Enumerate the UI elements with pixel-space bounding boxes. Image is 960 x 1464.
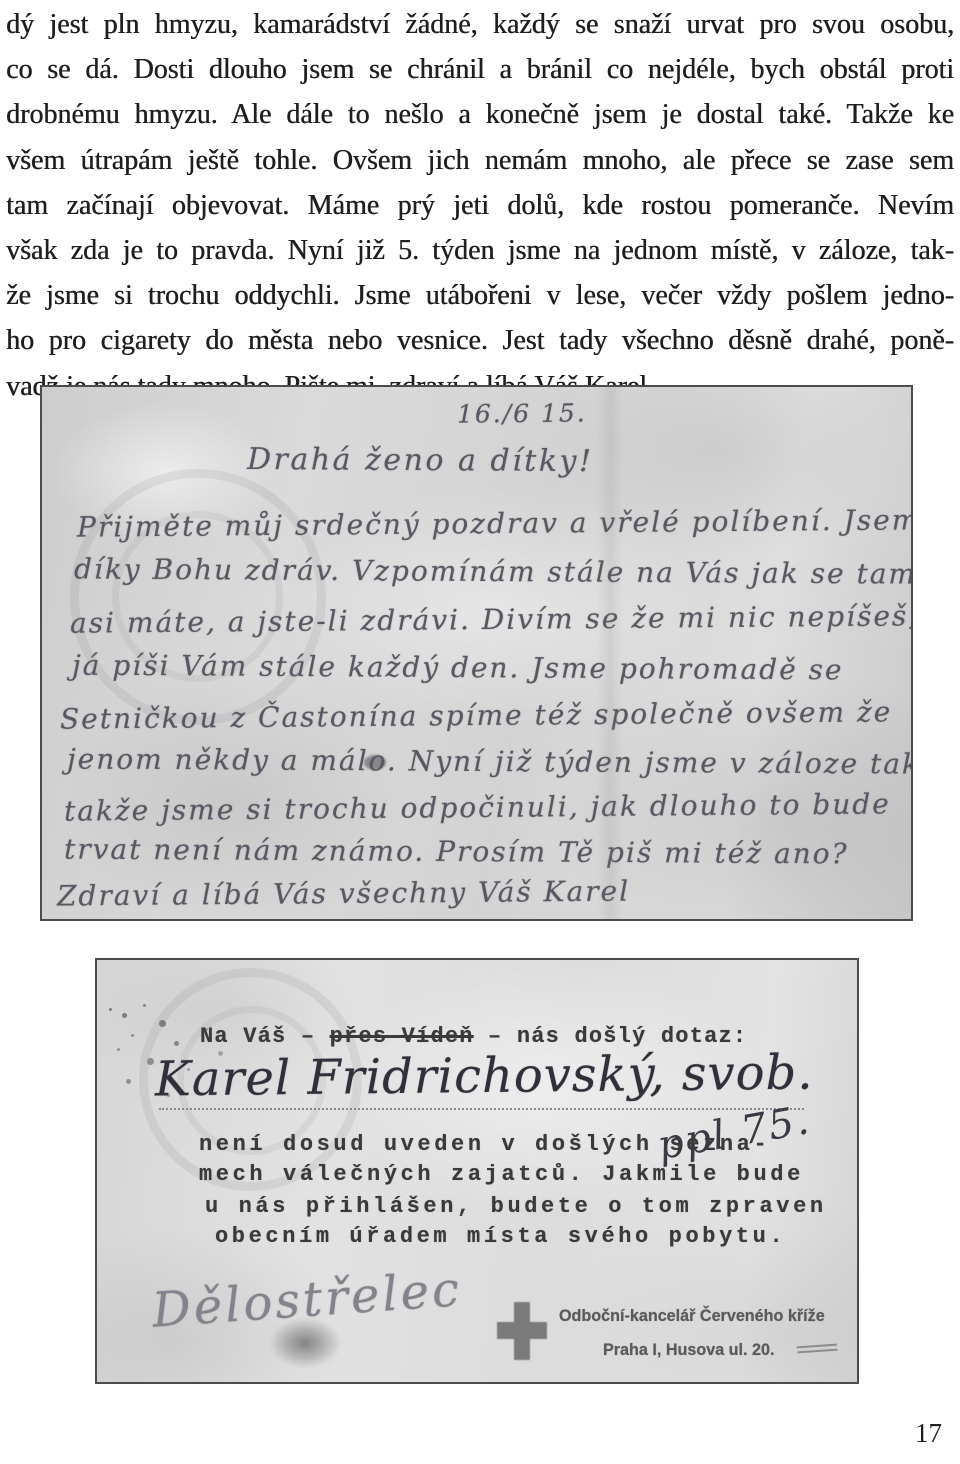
- postcard-line: díky Bohu zdráv. Vzpomínám stále na Vás …: [74, 552, 913, 590]
- header-prefix: Na Váš –: [200, 1024, 330, 1049]
- postcard-greeting: Drahá ženo a dítky!: [247, 442, 594, 479]
- postcard-scan: 16./6 15. Drahá ženo a dítky! Přijměte m…: [40, 385, 913, 921]
- document-body-line: není dosud uveden v došlých sezna-: [199, 1132, 770, 1157]
- postcard-line: asi máte, a jste-li zdrávi. Divím se že …: [70, 599, 913, 639]
- red-cross-icon: [497, 1302, 547, 1360]
- document-body-line: u nás přihlášen, budete o tom zpraven: [205, 1194, 827, 1219]
- postcard-line: Setničkou z Častonína spíme též společně…: [60, 695, 893, 735]
- postcard-date: 16./6 15.: [457, 398, 587, 428]
- document-body-line: mech válečných zajatců. Jakmile bude: [199, 1162, 804, 1187]
- ink-blot: [269, 1318, 341, 1368]
- stamp-address-line: Praha I, Husova ul. 20.: [603, 1340, 774, 1360]
- header-struck-text: přes Vídeň: [330, 1024, 474, 1049]
- paragraph-line: ho pro cigarety do města nebo vesnice. J…: [6, 318, 954, 363]
- paragraph-line: však zda je to pravda. Nyní již 5. týden…: [6, 228, 954, 273]
- dotted-underline: [159, 1076, 804, 1110]
- postcard-line: Zdraví a líbá Vás všechny Váš Karel: [57, 874, 630, 912]
- postcard-line: trvat není nám známo. Prosím Tě piš mi t…: [64, 833, 849, 871]
- pencil-scribble: [796, 1339, 837, 1354]
- postcard-line: já píši Vám stále každý den. Jsme pohrom…: [72, 649, 844, 687]
- paragraph-line: všem útrapám ještě tohle. Ovšem jich nem…: [6, 138, 954, 183]
- book-page: dý jest pln hmyzu, kamarádství žádné, ka…: [0, 0, 960, 1464]
- paragraph-line: co se dá. Dosti dlouho jsem se chránil a…: [6, 47, 954, 92]
- red-cross-document-scan: Na Váš – přes Vídeň – nás došlý dotaz: K…: [95, 958, 859, 1384]
- page-number: 17: [915, 1418, 942, 1449]
- postcard-line: jenom někdy a málo. Nyní již týden jsme …: [67, 742, 913, 780]
- paragraph-line: drobnému hmyzu. Ale dále to nešlo a kone…: [6, 92, 954, 137]
- postcard-line: takže jsme si trochu odpočinuli, jak dlo…: [64, 787, 891, 827]
- postcard-line: Přijměte můj srdečný pozdrav a vřelé pol…: [77, 503, 913, 543]
- body-paragraph: dý jest pln hmyzu, kamarádství žádné, ka…: [6, 2, 954, 409]
- paragraph-line: že jsme si trochu oddychli. Jsme utáboře…: [6, 273, 954, 318]
- ink-speckles: [109, 1008, 112, 1011]
- paragraph-line: tam začínají objevovat. Máme prý jeti do…: [6, 183, 954, 228]
- postmark-circle-icon: [70, 469, 326, 725]
- paragraph-line: dý jest pln hmyzu, kamarádství žádné, ka…: [6, 2, 954, 47]
- document-body-line: obecním úřadem místa svého pobytu.: [215, 1224, 786, 1249]
- stamp-office-line: Odboční-kancelář Červeného kříže: [559, 1306, 825, 1326]
